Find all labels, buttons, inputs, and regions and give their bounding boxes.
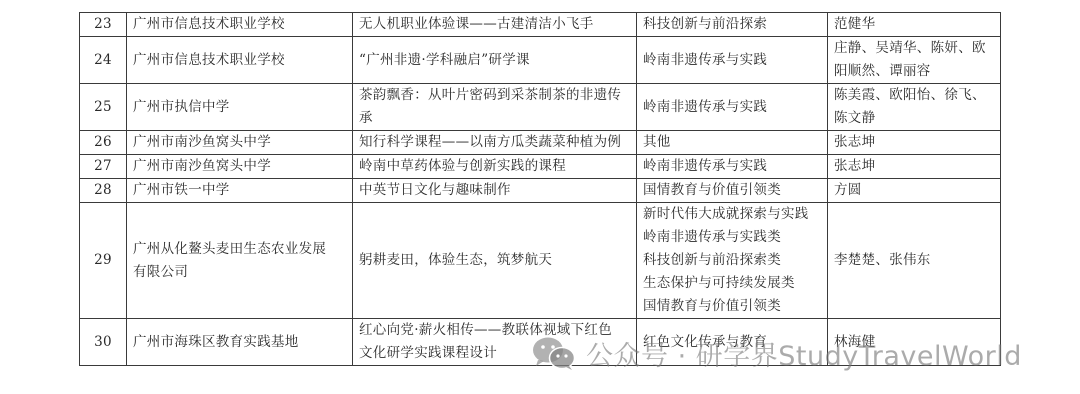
category-text: 科技创新与前沿探索类 [643,249,821,272]
course-text: 承 [359,107,630,130]
organization-cell: 广州从化鳌头麦田生态农业发展有限公司 [127,203,353,319]
course-table: 23 广州市信息技术职业学校 无人机职业体验课——古建清洁小飞手 科技创新与前沿… [79,12,1001,366]
course-cell: “广州非遗·学科融启”研学课 [353,37,637,84]
organization-cell: 广州市信息技术职业学校 [127,37,353,84]
course-cell: 中英节日文化与趣味制作 [353,179,637,203]
category-cell: 岭南非遗传承与实践 [637,155,828,179]
organization-cell: 广州市海珠区教育实践基地 [127,319,353,366]
category-cell: 岭南非遗传承与实践 [637,37,828,84]
course-text: 知行科学课程——以南方瓜类蔬菜种植为例 [359,131,630,154]
teachers-text: 陈美霞、欧阳怡、徐飞、 [834,84,994,107]
category-text: 国情教育与价值引领类 [643,295,821,318]
teachers-text: 李楚楚、张伟东 [834,249,994,272]
organization-text: 广州市信息技术职业学校 [133,13,346,36]
course-cell: 无人机职业体验课——古建清洁小飞手 [353,13,637,37]
category-text: 其他 [643,131,821,154]
table-row: 25 广州市执信中学 茶韵飘香：从叶片密码到采茶制茶的非遗传承 岭南非遗传承与实… [80,84,1001,131]
organization-text: 广州从化鳌头麦田生态农业发展 [133,238,346,261]
course-cell: 岭南中草药体验与创新实践的课程 [353,155,637,179]
row-number: 27 [80,155,127,179]
table-row: 29 广州从化鳌头麦田生态农业发展有限公司 躬耕麦田，体验生态，筑梦航天 新时代… [80,203,1001,319]
row-number: 29 [80,203,127,319]
organization-cell: 广州市执信中学 [127,84,353,131]
teachers-text: 张志坤 [834,131,994,154]
course-table-container: 23 广州市信息技术职业学校 无人机职业体验课——古建清洁小飞手 科技创新与前沿… [79,12,1001,366]
organization-cell: 广州市铁一中学 [127,179,353,203]
category-cell: 岭南非遗传承与实践 [637,84,828,131]
teachers-text: 阳顺然、谭丽容 [834,60,994,83]
category-text: 科技创新与前沿探索 [643,13,821,36]
category-cell: 其他 [637,131,828,155]
teachers-cell: 张志坤 [828,155,1001,179]
course-text: 躬耕麦田，体验生态，筑梦航天 [359,249,630,272]
table-body: 23 广州市信息技术职业学校 无人机职业体验课——古建清洁小飞手 科技创新与前沿… [80,13,1001,366]
course-text: 茶韵飘香：从叶片密码到采茶制茶的非遗传 [359,84,630,107]
organization-text: 有限公司 [133,261,346,284]
organization-text: 广州市信息技术职业学校 [133,49,346,72]
table-row: 30 广州市海珠区教育实践基地 红心向党·薪火相传——教联体视域下红色文化研学实… [80,319,1001,366]
course-cell: 知行科学课程——以南方瓜类蔬菜种植为例 [353,131,637,155]
organization-cell: 广州市南沙鱼窝头中学 [127,131,353,155]
course-cell: 红心向党·薪火相传——教联体视域下红色文化研学实践课程设计 [353,319,637,366]
table-row: 26 广州市南沙鱼窝头中学 知行科学课程——以南方瓜类蔬菜种植为例 其他 张志坤 [80,131,1001,155]
category-text: 生态保护与可持续发展类 [643,272,821,295]
category-text: 岭南非遗传承与实践 [643,155,821,178]
table-row: 28 广州市铁一中学 中英节日文化与趣味制作 国情教育与价值引领类 方圆 [80,179,1001,203]
category-text: 国情教育与价值引领类 [643,179,821,202]
row-number: 28 [80,179,127,203]
row-number: 23 [80,13,127,37]
category-text: 岭南非遗传承与实践 [643,96,821,119]
category-cell: 红色文化传承与教育 [637,319,828,366]
teachers-text: 庄静、吴靖华、陈妍、欧 [834,37,994,60]
course-text: 中英节日文化与趣味制作 [359,179,630,202]
table-row: 23 广州市信息技术职业学校 无人机职业体验课——古建清洁小飞手 科技创新与前沿… [80,13,1001,37]
organization-text: 广州市南沙鱼窝头中学 [133,131,346,154]
course-text: 文化研学实践课程设计 [359,342,630,365]
teachers-cell: 范健华 [828,13,1001,37]
row-number: 26 [80,131,127,155]
category-cell: 新时代伟大成就探索与实践岭南非遗传承与实践类科技创新与前沿探索类生态保护与可持续… [637,203,828,319]
course-text: 红心向党·薪火相传——教联体视域下红色 [359,319,630,342]
category-text: 红色文化传承与教育 [643,331,821,354]
row-number: 30 [80,319,127,366]
teachers-text: 方圆 [834,179,994,202]
category-text: 岭南非遗传承与实践 [643,49,821,72]
table-row: 24 广州市信息技术职业学校 “广州非遗·学科融启”研学课 岭南非遗传承与实践 … [80,37,1001,84]
teachers-cell: 庄静、吴靖华、陈妍、欧阳顺然、谭丽容 [828,37,1001,84]
organization-text: 广州市南沙鱼窝头中学 [133,155,346,178]
table-row: 27 广州市南沙鱼窝头中学 岭南中草药体验与创新实践的课程 岭南非遗传承与实践 … [80,155,1001,179]
row-number: 24 [80,37,127,84]
organization-cell: 广州市南沙鱼窝头中学 [127,155,353,179]
category-text: 岭南非遗传承与实践类 [643,226,821,249]
course-cell: 躬耕麦田，体验生态，筑梦航天 [353,203,637,319]
teachers-cell: 张志坤 [828,131,1001,155]
teachers-text: 林海健 [834,331,994,354]
teachers-text: 张志坤 [834,155,994,178]
category-text: 新时代伟大成就探索与实践 [643,203,821,226]
course-cell: 茶韵飘香：从叶片密码到采茶制茶的非遗传承 [353,84,637,131]
organization-cell: 广州市信息技术职业学校 [127,13,353,37]
category-cell: 国情教育与价值引领类 [637,179,828,203]
teachers-cell: 李楚楚、张伟东 [828,203,1001,319]
teachers-cell: 方圆 [828,179,1001,203]
category-cell: 科技创新与前沿探索 [637,13,828,37]
course-text: 岭南中草药体验与创新实践的课程 [359,155,630,178]
teachers-cell: 林海健 [828,319,1001,366]
teachers-cell: 陈美霞、欧阳怡、徐飞、陈文静 [828,84,1001,131]
row-number: 25 [80,84,127,131]
course-text: “广州非遗·学科融启”研学课 [359,49,630,72]
organization-text: 广州市铁一中学 [133,179,346,202]
course-text: 无人机职业体验课——古建清洁小飞手 [359,13,630,36]
organization-text: 广州市执信中学 [133,96,346,119]
organization-text: 广州市海珠区教育实践基地 [133,331,346,354]
teachers-text: 陈文静 [834,107,994,130]
teachers-text: 范健华 [834,13,994,36]
